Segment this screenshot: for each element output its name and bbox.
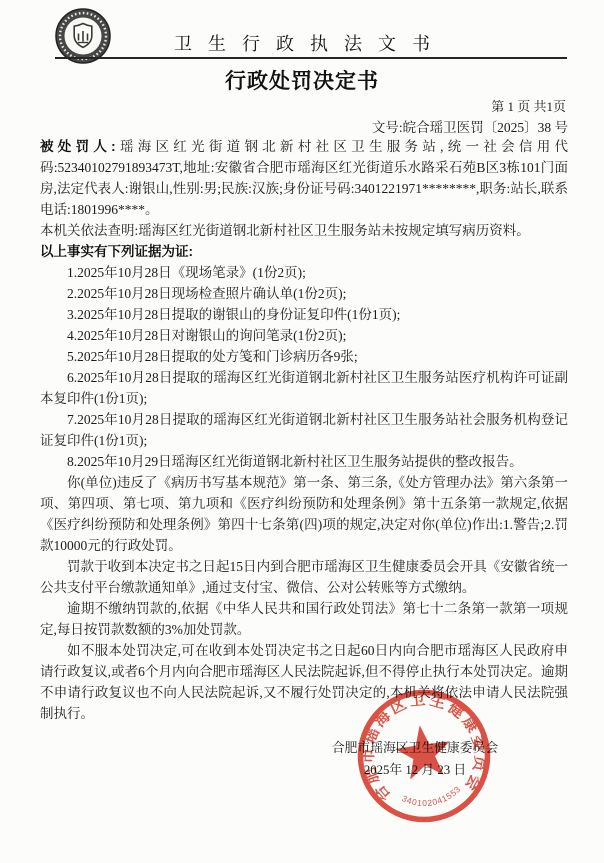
evidence-item: 4.2025年10月28日对谢银山的询问笔录(1份2页); — [40, 325, 568, 346]
evidence-item: 6.2025年10月28日提取的瑶海区红光街道钢北新村社区卫生服务站医疗机构许可… — [40, 367, 568, 409]
evidence-item: 1.2025年10月28日《现场笔录》(1份2页); — [40, 262, 568, 283]
party-text: 瑶海区红光街道钢北新村社区卫生服务站,统一社会信用代码:523401027918… — [40, 139, 568, 217]
document-title: 行政处罚决定书 — [0, 65, 604, 95]
official-seal-stamp: 合肥市瑶海区卫生健康委员会 3401020415533 — [347, 679, 501, 833]
evidence-item: 5.2025年10月28日提取的处方笺和门诊病历各9张; — [40, 346, 568, 367]
evidence-item: 7.2025年10月28日提取的瑶海区红光街道钢北新村社区卫生服务站社会服务机构… — [40, 409, 568, 451]
document-body: 被处罚人:瑶海区红光街道钢北新村社区卫生服务站,统一社会信用代码:5234010… — [40, 136, 568, 724]
letterhead-title: 卫生行政执法文书 — [0, 30, 604, 56]
evidence-header: 以上事实有下列证据为证: — [40, 241, 568, 262]
finding-paragraph: 本机关依法查明:瑶海区红光街道钢北新村社区卫生服务站未按规定填写病历资料。 — [40, 220, 568, 241]
party-label: 被处罚人: — [40, 139, 116, 154]
overdue-penalty-paragraph: 逾期不缴纳罚款的,依据《中华人民共和国行政处罚法》第七十二条第一款第一项规定,每… — [40, 598, 568, 640]
page-number: 第 1 页 共1页 — [491, 96, 566, 115]
finding-text: 瑶海区红光街道钢北新村社区卫生服务站未按规定填写病历资料。 — [138, 223, 530, 238]
header-divider — [55, 57, 567, 59]
document-number: 文号:皖合瑶卫医罚〔2025〕38 号 — [372, 116, 568, 136]
party-paragraph: 被处罚人:瑶海区红光街道钢北新村社区卫生服务站,统一社会信用代码:5234010… — [40, 136, 568, 220]
evidence-item: 3.2025年10月28日提取的谢银山的身份证复印件(1份1页); — [40, 304, 568, 325]
evidence-item: 8.2025年10月29日瑶海区红光街道钢北新村社区卫生服务站提供的整改报告。 — [40, 451, 568, 472]
payment-paragraph: 罚款于收到本决定书之日起15日内到合肥市瑶海区卫生健康委员会开具《安徽省统一公共… — [40, 556, 568, 598]
seal-star-icon — [392, 721, 454, 781]
violation-paragraph: 你(单位)违反了《病历书写基本规范》第一条、第三条,《处方管理办法》第六条第一项… — [40, 472, 568, 556]
evidence-item: 2.2025年10月28日现场检查照片确认单(1份2页); — [40, 283, 568, 304]
document-page: 卫生行政执法文书 行政处罚决定书 第 1 页 共1页 文号:皖合瑶卫医罚〔202… — [0, 0, 604, 863]
document-number-label: 文号: — [372, 120, 403, 135]
appeal-rights-paragraph: 如不服本处罚决定,可在收到本处罚决定书之日起60日内向合肥市瑶海区人民政府申请行… — [40, 640, 568, 724]
finding-label: 本机关依法查明: — [40, 223, 138, 238]
document-number-value: 皖合瑶卫医罚〔2025〕38 号 — [403, 120, 568, 135]
